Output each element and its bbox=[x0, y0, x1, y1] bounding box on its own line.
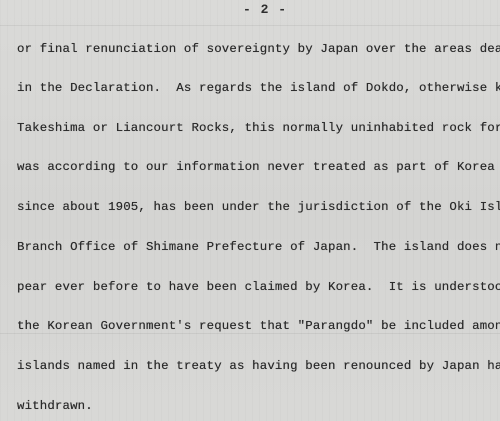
divider bbox=[0, 333, 500, 334]
text-line: since about 1905, has been under the jur… bbox=[17, 200, 500, 214]
text-line: the Korean Government's request that "Pa… bbox=[17, 319, 500, 333]
text-line: islands named in the treaty as having be… bbox=[17, 359, 500, 373]
text-line: was according to our information never t… bbox=[17, 160, 500, 174]
document-page: - 2 - or final renunciation of sovereign… bbox=[0, 0, 500, 421]
page-number: - 2 - bbox=[0, 2, 500, 17]
text-line: or final renunciation of sovereignty by … bbox=[17, 42, 500, 56]
divider bbox=[0, 25, 500, 26]
text-line: pear ever before to have been claimed by… bbox=[17, 280, 500, 294]
text-line: withdrawn. bbox=[17, 399, 93, 413]
text-line: Branch Office of Shimane Prefecture of J… bbox=[17, 240, 500, 254]
text-line: in the Declaration. As regards the islan… bbox=[17, 81, 500, 95]
text-line: Takeshima or Liancourt Rocks, this norma… bbox=[17, 121, 500, 135]
